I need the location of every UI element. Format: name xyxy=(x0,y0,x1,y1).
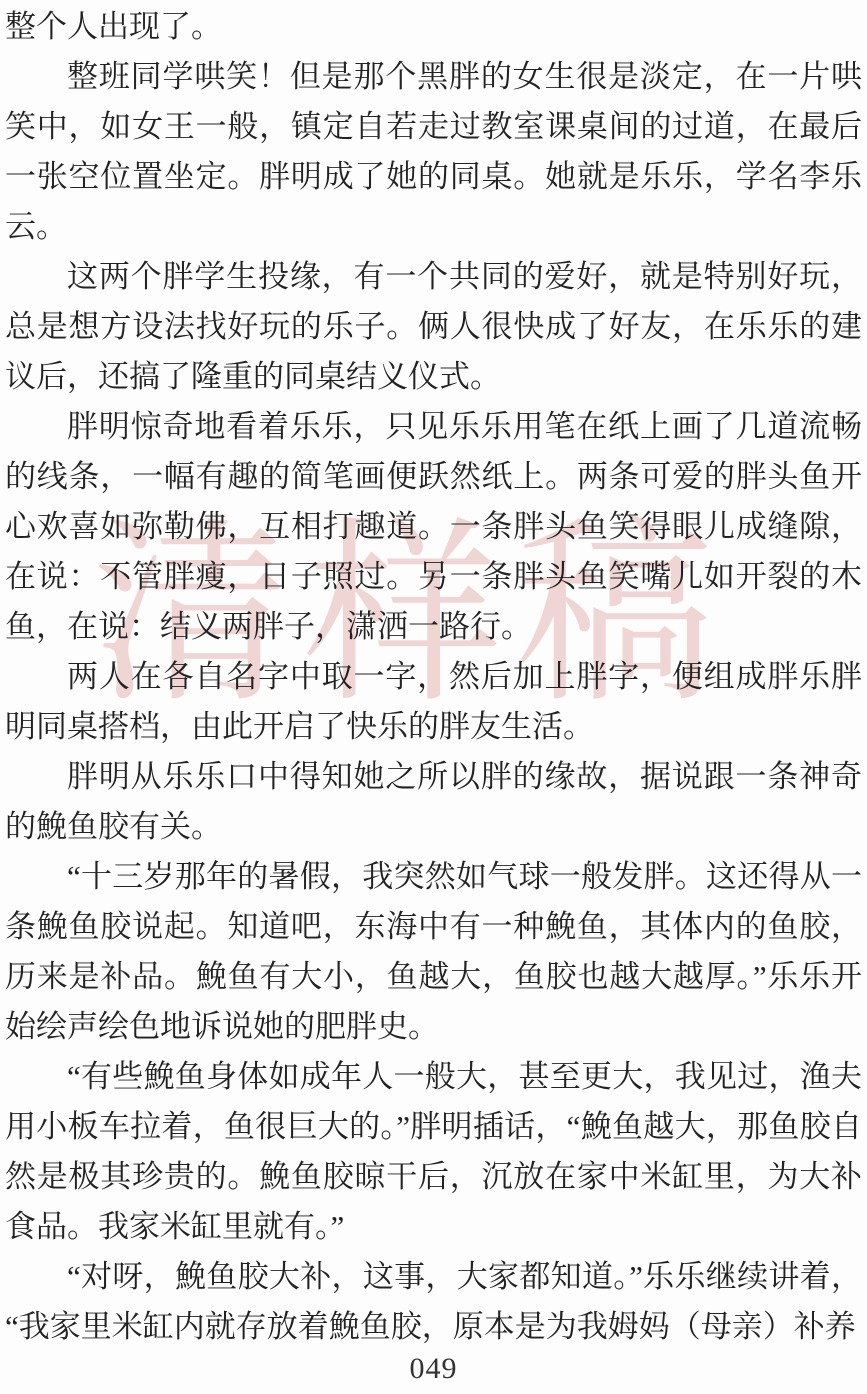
page-content: 整个人出现了。 整班同学哄笑！但是那个黑胖的女生很是淡定，在一片哄笑中，如女王一… xyxy=(5,2,862,1352)
body-paragraph: 整个人出现了。 xyxy=(5,2,862,52)
body-paragraph: 胖明惊奇地看着乐乐，只见乐乐用笔在纸上画了几道流畅的线条，一幅有趣的简笔画便跃然… xyxy=(5,402,862,652)
body-paragraph: “有些鮸鱼身体如成年人一般大，甚至更大，我见过，渔夫用小板车拉着，鱼很巨大的。”… xyxy=(5,1052,862,1252)
body-paragraph: 两人在各自名字中取一字，然后加上胖字，便组成胖乐胖明同桌搭档，由此开启了快乐的胖… xyxy=(5,652,862,752)
book-page: 清样稿 整个人出现了。 整班同学哄笑！但是那个黑胖的女生很是淡定，在一片哄笑中，… xyxy=(0,0,867,1394)
body-paragraph: 这两个胖学生投缘，有一个共同的爱好，就是特别好玩，总是想方设法找好玩的乐子。俩人… xyxy=(5,252,862,402)
body-paragraph: 胖明从乐乐口中得知她之所以胖的缘故，据说跟一条神奇的鮸鱼胶有关。 xyxy=(5,752,862,852)
page-number: 049 xyxy=(0,1352,867,1386)
body-paragraph: “对呀，鮸鱼胶大补，这事，大家都知道。”乐乐继续讲着，“我家里米缸内就存放着鮸鱼… xyxy=(5,1252,862,1352)
body-paragraph: “十三岁那年的暑假，我突然如气球一般发胖。这还得从一条鮸鱼胶说起。知道吧，东海中… xyxy=(5,852,862,1052)
body-paragraph: 整班同学哄笑！但是那个黑胖的女生很是淡定，在一片哄笑中，如女王一般，镇定自若走过… xyxy=(5,52,862,252)
